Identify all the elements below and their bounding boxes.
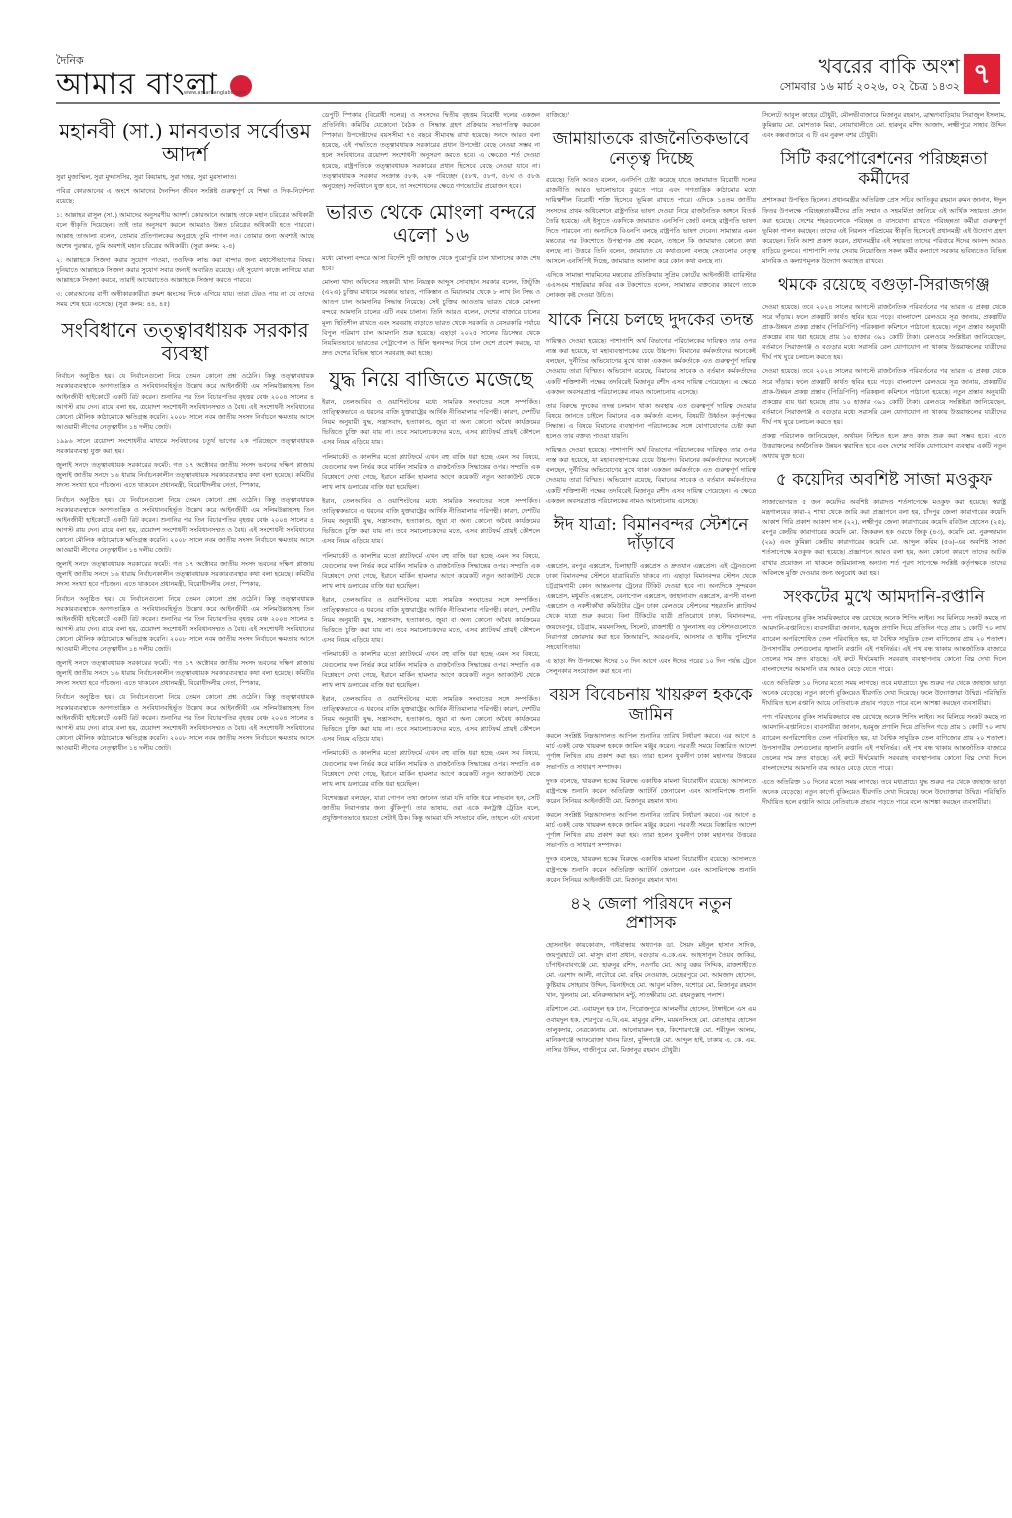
article-paragraph: নির্বাচন অনুষ্ঠিত হয়। যে নির্বাচনগুলো ন… <box>56 371 314 432</box>
article-paragraph: পলিমার্কেট ও কালশির মতো প্ল্যাটফর্মে এখন… <box>322 649 540 689</box>
article-paragraph: ২: আল্লাহকে সিজদা করার সুযোগ পাওয়া, তওফ… <box>56 255 314 285</box>
article-paragraph: করলে সংশ্লিষ্ট নিম্নআদালত আপিল শুনানির ত… <box>546 810 756 850</box>
article-war-betting: যুদ্ধ নিয়ে বাজিতে মজেছে ইরান, তেলআবিব ও… <box>322 368 540 823</box>
article-paragraph: ডেপুটি স্পিকার (বিরোধী দলের) ও সংসদের দ্… <box>322 110 540 191</box>
article-paragraph: এতে অতিরিক্ত ১০ দিনের মতো সময় লাগছে। তব… <box>762 777 1006 807</box>
article-paragraph: নির্বাচন অনুষ্ঠিত হয়। যে নির্বাচনগুলো ন… <box>56 692 314 753</box>
article-paragraph: এতে অতিরিক্ত ১০ দিনের মতো সময় লাগছে। তব… <box>762 678 1006 708</box>
article-paragraph: পণ্য পরিবহনের বুকিং সাময়িকভাবে বন্ধ রেখ… <box>762 613 1006 674</box>
article-paragraph: ইরান, তেলআবিব ও ওয়াশিংটনের মধ্যে সামরিক… <box>322 496 540 547</box>
article-paragraph: পণ্য পরিবহনের বুকিং সাময়িকভাবে বন্ধ রেখ… <box>762 712 1006 773</box>
article-paragraph: করলে সংশ্লিষ্ট নিম্নআদালত আপিল শুনানির ত… <box>546 731 756 771</box>
article-paragraph: দুদক বলেছে, খায়রুল হকের বিরুদ্ধে একাধিক… <box>546 776 756 806</box>
article-paragraph: দেওয়া হয়েছে। তবে ২০২৪ সালের আগস্টে রাজ… <box>762 302 1006 363</box>
article-paragraph: জুলাই সনদে তত্ত্বাবধায়ক সরকারের ফর্মেট:… <box>56 658 314 688</box>
headline: ভারত থেকে মোংলা বন্দরে এলো ১৬ <box>322 201 540 247</box>
article-paragraph: জুলাই সনদে তত্ত্বাবধায়ক সরকারের ফর্মেট:… <box>56 559 314 589</box>
article-paragraph: তার বিরুদ্ধে দুদকের তদন্ত চলমান থাকা অবস… <box>546 401 756 441</box>
article-paragraph: ১: আল্লাহর রাসুল (সা.) আমাদের অনুসরণীয় … <box>56 210 314 250</box>
headline: ৪২ জেলা পরিষদে নতুন প্রশাসক <box>546 895 756 934</box>
article-paragraph: ১৯৯৬ সালে ত্রয়োদশ সংশোধনীর মাধ্যমে সংবি… <box>56 436 314 456</box>
article-paragraph: পলিমার্কেট ও কালশির মতো প্ল্যাটফর্মে এখন… <box>322 748 540 788</box>
article-khairul-bail: বয়স বিবেচনায় খায়রুল হককে জামিন করলে স… <box>546 686 756 885</box>
article-paragraph: পলিমার্কেট ও কালশির মতো প্ল্যাটফর্মে এখন… <box>322 452 540 492</box>
article-mahanabi: মহানবী (সা.) মানবতার সর্বোত্তম আদর্শ সুর… <box>56 120 314 309</box>
article-paragraph: এক্সপ্রেস, রংপুর এক্সপ্রেস, চিলাহাটি এক্… <box>546 561 756 652</box>
article-paragraph: ৩: কোরআনের বাণী অস্বীকারকারীরা ক্রমশ ধ্ব… <box>56 289 314 309</box>
article-bogura-sirajganj: থমকে রয়েছে বগুড়া-সিরাজগঞ্জ দেওয়া হয়ে… <box>762 276 1006 461</box>
article-paragraph: নির্বাচন অনুষ্ঠিত হয়। যে নির্বাচনগুলো ন… <box>56 594 314 655</box>
article-paragraph: মধ্যে মোংলা বন্দরে আসা বিদেশি দুটি জাহাজ… <box>322 253 540 273</box>
article-paragraph: এদিকে সামান্তা শারমিনের মন্তব্যের প্রতিক… <box>546 270 756 300</box>
article-paragraph: জুলাই সনদে তত্ত্বাবধায়ক সরকারের ফর্মেট:… <box>56 460 314 490</box>
article-paragraph: ইরান, তেলআবিব ও ওয়াশিংটনের মধ্যে সামরিক… <box>322 694 540 745</box>
column-4: সিলেটে আবুল কাহের চৌধুরী, মৌলভীবাজারে মি… <box>762 110 1006 1478</box>
article-paragraph: পবিত্র কোরআনের এ অংশে আমাদের দৈনন্দিন জী… <box>56 186 314 206</box>
header-divider <box>56 102 1000 104</box>
article-zila-parishad: ৪২ জেলা পরিষদে নতুন প্রশাসক হোসনাইন কায়… <box>546 895 756 1055</box>
article-paragraph: প্রশাসকরা উপস্থিত ছিলেন। প্রধানমন্ত্রীর … <box>762 195 1006 266</box>
article-jamaat: বাজিছে।' জামায়াতকে রাজনৈতিকভাবে নেতৃত্ব… <box>546 110 756 301</box>
article-paragraph: সুরা মুজাম্মিল, সুরা মুদ্দাসসির, সুরা কি… <box>56 172 314 182</box>
article-paragraph: এ ছাড়া ঈদ উপলক্ষ্যে ঈদের ১০ দিন আগে এবং… <box>546 656 756 676</box>
article-paragraph: পলিমার্কেট ও কালশির মতো প্ল্যাটফর্মে এখন… <box>322 551 540 591</box>
article-prisoners: ৫ কয়েদির অবশিষ্ট সাজা মওকুফ সাজাভোগরত ৫… <box>762 471 1006 577</box>
article-paragraph: প্রকল্প পরিচালক জানিয়েছেন, অর্থায়ন নিশ… <box>762 431 1006 461</box>
headline: সংবিধানে তত্ত্বাবধায়ক সরকার ব্যবস্থা <box>56 319 314 365</box>
article-committee-continued: ডেপুটি স্পিকার (বিরোধী দলের) ও সংসদের দ্… <box>322 110 540 191</box>
headline: ৫ কয়েদির অবশিষ্ট সাজা মওকুফ <box>762 471 1006 491</box>
article-paragraph: দুদক বলেছে, খায়রুল হকের বিরুদ্ধে একাধিক… <box>546 854 756 884</box>
article-constitution: সংবিধানে তত্ত্বাবধায়ক সরকার ব্যবস্থা নি… <box>56 319 314 753</box>
article-paragraph: বিশেষজ্ঞরা বলছেন, যারা গোপন তথ্য জানেন ত… <box>322 793 540 823</box>
page-header: খবরের বাকি অংশ সোমবার ১৬ মার্চ ২০২৬, ০২ … <box>712 52 1012 98</box>
article-paragraph: ইরান, তেলআবিব ও ওয়াশিংটনের মধ্যে সামরিক… <box>322 595 540 646</box>
article-paragraph: মোংলা খাদ্য অফিসের সহকারী খাদ্য নিয়ন্ত্… <box>322 277 540 358</box>
article-paragraph: সাজাভোগরত ৫ জন কয়েদির অবশিষ্ট কারাদণ্ড … <box>762 497 1006 578</box>
column-3: বাজিছে।' জামায়াতকে রাজনৈতিকভাবে নেতৃত্ব… <box>546 110 756 1478</box>
article-lead: বাজিছে।' <box>546 110 756 120</box>
page-number-badge: ৭ <box>964 54 1000 94</box>
article-paragraph: ইরান, তেলআবিব ও ওয়াশিংটনের মধ্যে সামরিক… <box>322 397 540 448</box>
headline: সংকটের মুখে আমদানি-রপ্তানি <box>762 588 1006 608</box>
article-city-corporation: সিটি করপোরেশনের পরিচ্ছন্নতা কর্মীদের প্র… <box>762 150 1006 266</box>
column-1: মহানবী (সা.) মানবতার সর্বোত্তম আদর্শ সুর… <box>56 110 314 1478</box>
masthead: দৈনিক আমার বাংলা www.amarbanglabd.com <box>56 52 772 98</box>
article-paragraph: দায়িত্বও দেওয়া হয়েছে। পাশাপাশি অর্থ ব… <box>546 445 756 506</box>
article-paragraph: নির্বাচন অনুষ্ঠিত হয়। যে নির্বাচনগুলো ন… <box>56 495 314 556</box>
article-eid-journey: ঈদ যাত্রা: বিমানবন্দর স্টেশনে দাঁড়াবে এ… <box>546 516 756 676</box>
article-paragraph: সিলেটে আবুল কাহের চৌধুরী, মৌলভীবাজারে মি… <box>762 110 1006 140</box>
headline: মহানবী (সা.) মানবতার সর্বোত্তম আদর্শ <box>56 120 314 166</box>
headline: জামায়াতকে রাজনৈতিকভাবে নেতৃত্ব দিচ্ছে <box>546 130 756 169</box>
headline: বয়স বিবেচনায় খায়রুল হককে জামিন <box>546 686 756 725</box>
article-paragraph: বরিশালে মো. এবায়দুল হক চান, পিরোজপুরে আ… <box>546 1004 756 1055</box>
article-import-export: সংকটের মুখে আমদানি-রপ্তানি পণ্য পরিবহনের… <box>762 588 1006 808</box>
website-url: www.amarbanglabd.com <box>184 90 246 96</box>
article-dudok: যাকে নিয়ে চলছে দুদকের তদন্ত দায়িত্বও দ… <box>546 311 756 506</box>
headline: যাকে নিয়ে চলছে দুদকের তদন্ত <box>546 311 756 331</box>
newspaper-title: আমার বাংলা <box>56 67 218 102</box>
issue-date: সোমবার ১৬ মার্চ ২০২৬, ০২ চৈত্র ১৪৩২ <box>780 78 960 97</box>
headline: সিটি করপোরেশনের পরিচ্ছন্নতা কর্মীদের <box>762 150 1006 189</box>
headline: ঈদ যাত্রা: বিমানবন্দর স্টেশনে দাঁড়াবে <box>546 516 756 555</box>
article-paragraph: দেওয়া হয়েছে। তবে ২০২৪ সালের আগস্টে রাজ… <box>762 366 1006 427</box>
article-paragraph: রয়েছে। তিনি আরও বলেন, এনসিপি চেষ্টা করে… <box>546 175 756 266</box>
article-sylhet-continued: সিলেটে আবুল কাহের চৌধুরী, মৌলভীবাজারে মি… <box>762 110 1006 140</box>
article-paragraph: হোসনাইন কায়কোবাদ, গাইবান্ধায় অধ্যাপক ড… <box>546 940 756 1001</box>
article-paragraph: দায়িত্বও দেওয়া হয়েছে। পাশাপাশি অর্থ ব… <box>546 336 756 397</box>
article-mongla: ভারত থেকে মোংলা বন্দরে এলো ১৬ মধ্যে মোংল… <box>322 201 540 358</box>
column-2: ডেপুটি স্পিকার (বিরোধী দলের) ও সংসদের দ্… <box>322 110 540 1478</box>
headline: যুদ্ধ নিয়ে বাজিতে মজেছে <box>322 368 540 391</box>
headline: থমকে রয়েছে বগুড়া-সিরাজগঞ্জ <box>762 276 1006 296</box>
